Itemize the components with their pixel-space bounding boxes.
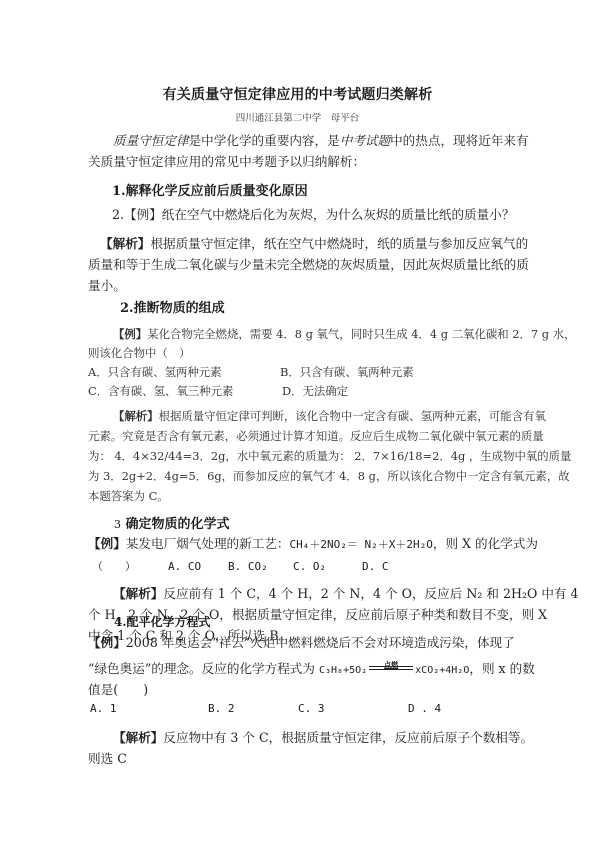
section-1-analysis-line-3: 量小。 [88,275,126,296]
section-3-option-c: C. O₂ [293,557,326,576]
section-2-analysis-line-1: 【解析】根据质量守恒定律可判断，该化合物中一定含有碳、氢两种元素，可能含有氧 [113,407,546,426]
section-2-option-d: D．无法确定 [282,382,348,401]
section-2-option-a: A．只含有碳、氢两种元素 [88,363,222,382]
example-label: 【例】 [88,536,126,551]
section-2-analysis-line-2: 元素。究竟是否含有氧元素，必须通过计算才知道。反应后生成物二氧化碳中氧元素的质量 [88,427,544,446]
section-1-heading: 1.解释化学反应前后质量变化原因 [112,180,308,199]
section-4-analysis-line-2: 则选 C [88,748,127,769]
document-page: 有关质量守恒定律应用的中考试题归类解析 四川通江县第二中学 母平台 质量守恒定律… [0,0,595,842]
section-3-heading: 3 确定物质的化学式 [114,513,230,532]
section-4-example-line-3: 值是( ) [88,679,148,700]
section-3-option-d: D. C [362,557,389,576]
section-1-analysis-line-2: 质量和等于生成二氧化碳与少量未完全燃烧的灰烬质量，因此灰烬质量比纸的质 [88,254,529,275]
section-2-example-line-2: 则该化合物中（ ） [88,344,191,363]
section-2-analysis-line-4: 为 3．2g+2．4g=5．6g，而参加反应的氧气才 4．8 g，所以该化合物中… [88,467,570,486]
section-4-analysis-line-1: 【解析】反应物中有 3 个 C，根据质量守恒定律，反应前后原子个数相等。 [113,727,533,748]
ignition-label: 点燃 [369,654,413,675]
section-4-option-b: B. 2 [208,700,235,718]
document-title: 有关质量守恒定律应用的中考试题归类解析 [0,84,595,104]
section-1-example: 2.【例】纸在空气中燃烧后化为灰烬，为什么灰烬的质量比纸的质量小？ [112,204,514,225]
section-4-option-a: A. 1 [90,700,117,718]
section-3-option-b: B. CO₂ [228,557,268,576]
author-byline: 四川通江县第二中学 母平台 [0,110,595,124]
ignition-condition-arrow: 点燃 [369,663,413,677]
analysis-label: 【解析】 [113,409,159,423]
section-4-option-d: D . 4 [408,700,441,718]
analysis-label: 【解析】 [100,236,150,251]
example-label: 【例】 [88,635,126,650]
section-4-option-c: C. 3 [298,700,325,718]
equation-rhs: xCO₂+4H₂O [415,665,469,676]
example-label: 【例】 [113,327,147,341]
section-3-analysis-line-1: 【解析】反应前有 1 个 C，4 个 H，2 个 N，4 个 O，反应后 N₂ … [113,583,579,604]
section-3-options-prefix: （ ） [92,557,136,576]
section-4-heading: 4.配平化学方程式 [114,613,211,630]
intro-line-2: 关质量守恒定律应用的常见中考题予以归纳解析： [88,151,365,172]
analysis-label: 【解析】 [113,730,163,745]
section-2-analysis-line-3: 为： 4．4×32/44=3．2g，水中氧元素的质量为： 2．7×16/18=2… [88,447,571,466]
section-2-option-b: B．只含有碳、氧两种元素 [280,363,414,382]
section-4-example-line-2: “绿色奥运”的理念。反应的化学方程式为 C₃H₈+5O₂点燃xCO₂+4H₂O，… [88,658,535,681]
section-2-option-c: C．含有碳、氢、氧三种元素 [88,382,233,401]
section-2-example-line-1: 【例】某化合物完全燃烧，需要 4．8 g 氧气，同时只生成 4．4 g 二氧化碳… [113,325,575,344]
section-2-analysis-line-5: 本题答案为 C。 [88,487,169,506]
chemical-equation: CH₄＋2NO₂＝ [290,538,358,551]
section-3-option-a: A. CO [168,557,201,576]
section-1-analysis-line-1: 【解析】根据质量守恒定律，纸在空气中燃烧时，纸的质量与参加反应氧气的 [100,233,528,254]
analysis-label: 【解析】 [113,586,163,601]
section-3-example-line-1: 【例】某发电厂烟气处理的新工艺：CH₄＋2NO₂＝ N₂＋X＋2H₂O，则 X … [88,533,538,555]
section-4-example-line-1: 【例】2008 年奥运会“祥云”火炬中燃料燃烧后不会对环境造成污染，体现了 [88,632,515,653]
intro-line-1: 质量守恒定律是中学化学的重要内容，是中考试题中的热点，现将近年来有 [113,130,529,151]
intro-italic-term-1: 质量守恒定律 [113,133,189,148]
intro-italic-term-2: 中考试题 [340,133,390,148]
equation-lhs: C₃H₈+5O₂ [319,665,367,676]
section-2-heading: 2.推断物质的组成 [120,297,225,316]
